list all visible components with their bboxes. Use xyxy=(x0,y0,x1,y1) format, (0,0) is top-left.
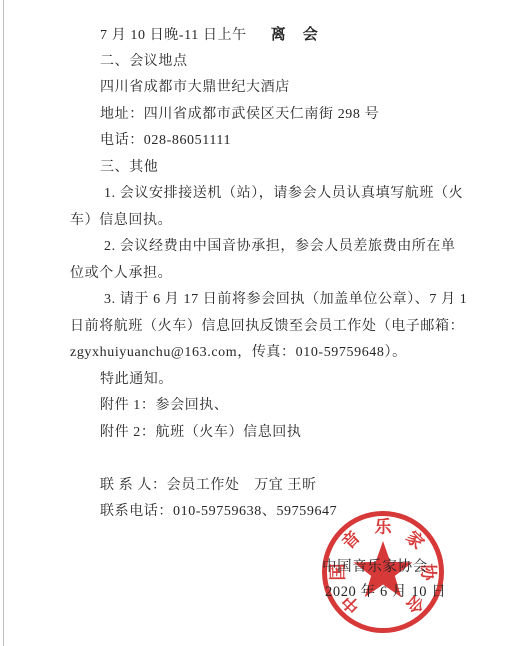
contact-person: 联 系 人：会员工作处 万宜 王昕 xyxy=(0,473,529,500)
contact-phone: 联系电话：010-59759638、59759647 xyxy=(0,499,529,526)
item-1-line-1: 1. 会议安排接送机（站），请参会人员认真填写航班（火 xyxy=(0,181,529,208)
venue-address: 地址：四川省成都市武侯区天仁南街 298 号 xyxy=(0,102,529,129)
adjourn-label: 离 会 xyxy=(271,27,319,43)
attachment-1: 附件 1：参会回执、 xyxy=(0,393,529,420)
item-3-line-2: 日前将航班（火车）信息回执反馈至会员工作处（电子邮箱： xyxy=(0,314,529,341)
seal-char-4: 乐 xyxy=(375,518,393,537)
document-page: { "page": { "type": "notice-document", "… xyxy=(0,0,529,646)
venue-phone: 电话：028-86051111 xyxy=(0,128,529,155)
item-2-line-1: 2. 会议经费由中国音协承担，参会人员差旅费由所在单 xyxy=(0,234,529,261)
item-3-line-3-email-fax: zgyxhuiyuanchu@163.com，传真：010-59759648）。 xyxy=(0,340,529,367)
notice-closing: 特此通知。 xyxy=(0,367,529,394)
section-other-heading: 三、其他 xyxy=(0,155,529,182)
item-3-line-1: 3. 请于 6 月 17 日前将参会回执（加盖单位公章）、7 月 1 xyxy=(0,287,529,314)
adjourn-time-text: 7 月 10 日晚-11 日上午 xyxy=(100,28,247,43)
section-venue-heading: 二、会议地点 xyxy=(0,49,529,76)
attachment-2: 附件 2：航班（火车）信息回执 xyxy=(0,420,529,447)
item-1-line-2: 车）信息回执。 xyxy=(0,208,529,235)
agenda-adjourn-line: 7 月 10 日晚-11 日上午离 会 xyxy=(0,22,529,49)
blank-line xyxy=(0,446,529,473)
signature-date: 2020 年 6 月 10 日 xyxy=(325,580,446,601)
item-2-line-2: 位或个人承担。 xyxy=(0,261,529,288)
signature-organization: 中国音乐家协会 xyxy=(322,555,428,576)
venue-name: 四川省成都市大鼎世纪大酒店 xyxy=(0,75,529,102)
document-body: 7 月 10 日晚-11 日上午离 会 二、会议地点 四川省成都市大鼎世纪大酒店… xyxy=(0,22,529,526)
